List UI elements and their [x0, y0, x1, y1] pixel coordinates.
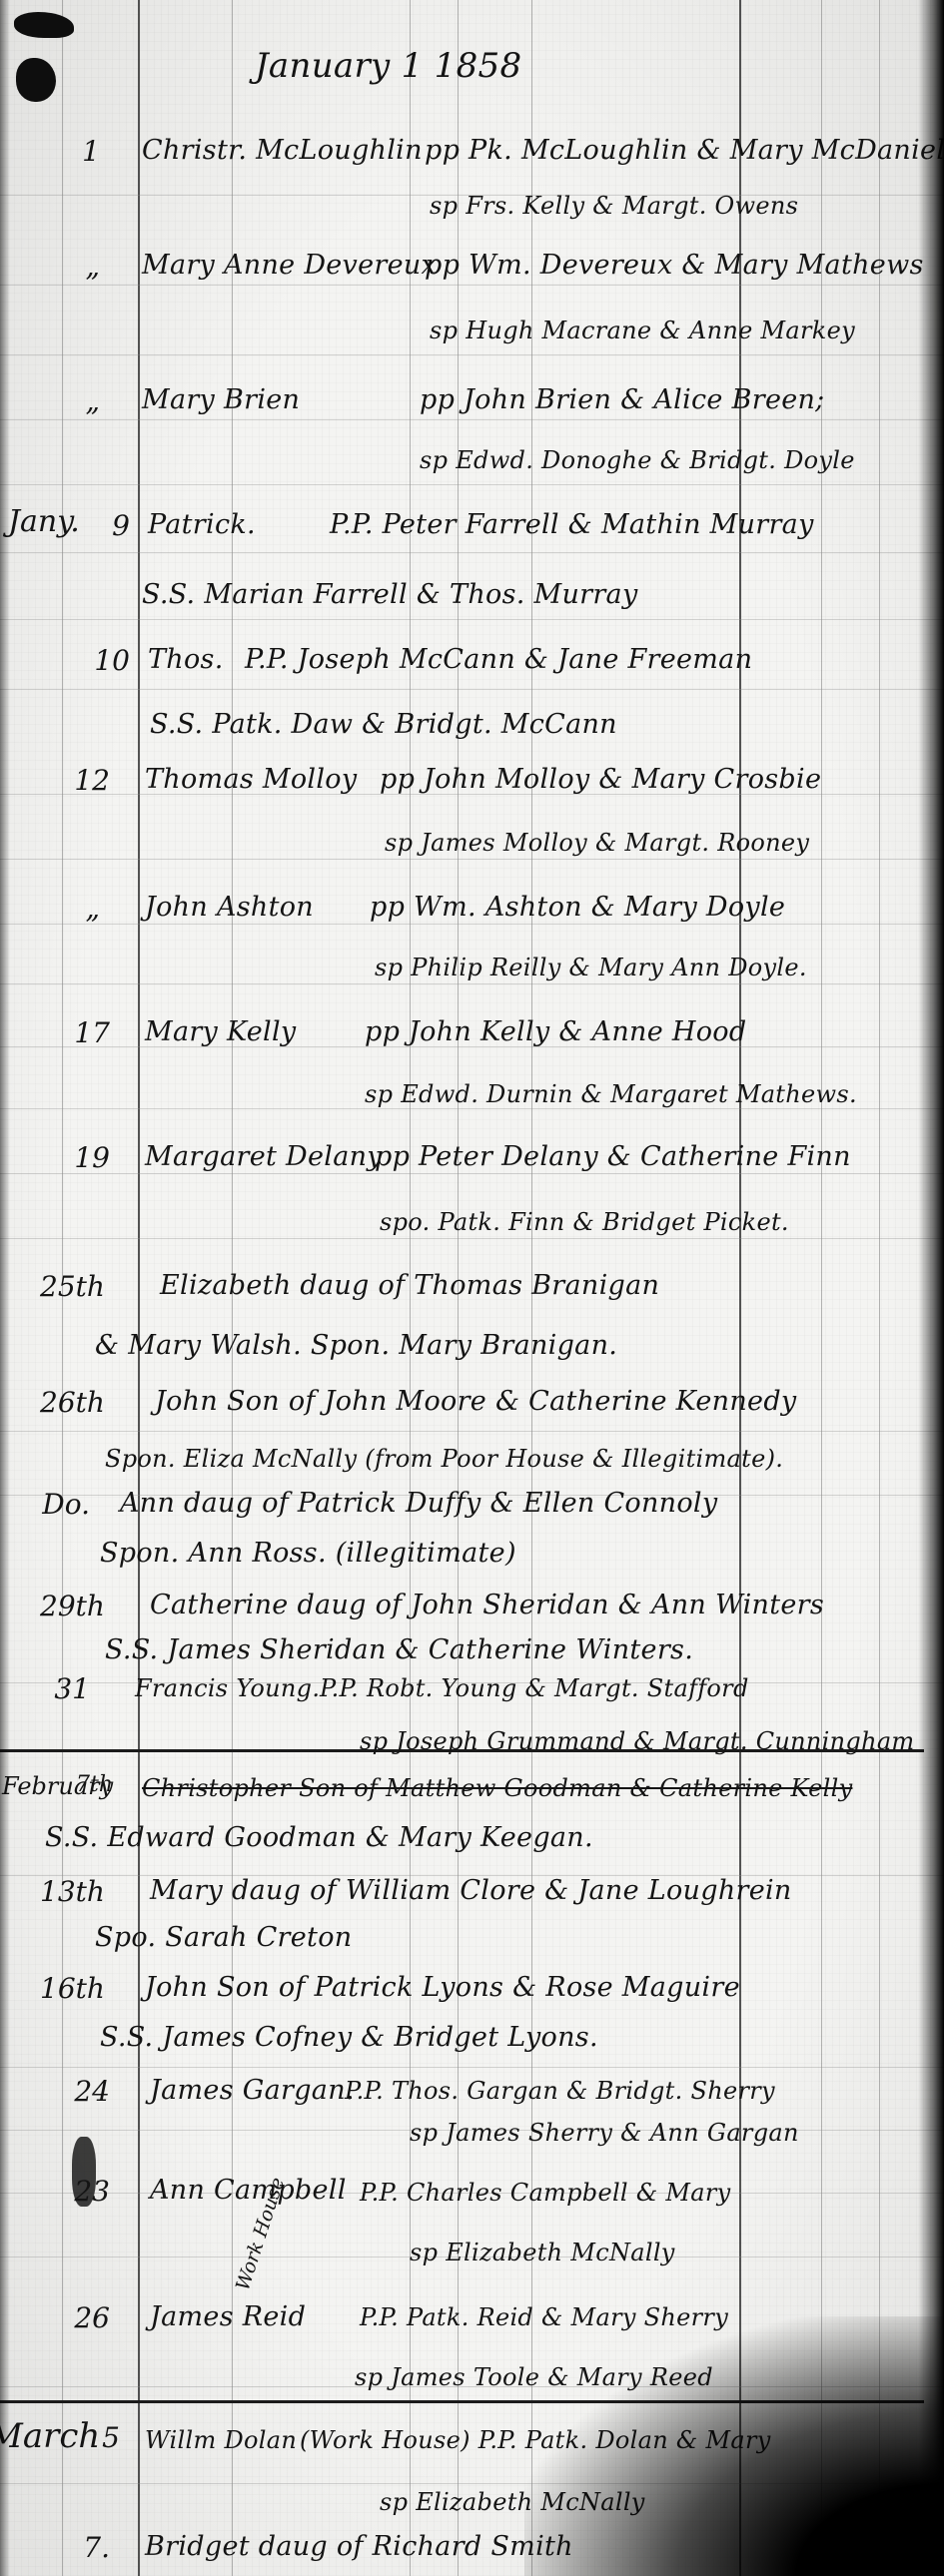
entry-sponsors: sp Philip Reilly & Mary Ann Doyle. — [375, 952, 807, 983]
scan-corner-shadow — [524, 2316, 944, 2576]
entry-parents: pp Pk. McLoughlin & Mary McDaniel — [425, 135, 944, 167]
entry-day: 19 — [50, 1141, 110, 1174]
entry-parents: pp Wm. Ashton & Mary Doyle — [370, 892, 785, 924]
entry-record-text: John Son of Patrick Lyons & Rose Maguire — [145, 1972, 740, 2004]
ruled-row-line — [0, 924, 944, 925]
entry-child-name: Mary Kelly — [145, 1016, 296, 1048]
entry-child-name: John Ashton — [145, 892, 314, 924]
entry-child-name: Christr. McLoughlin — [142, 135, 423, 167]
entry-month: Jany. — [8, 504, 80, 539]
entry-child-name: Margaret Delany — [145, 1141, 383, 1173]
ink-blot-decoration — [16, 58, 56, 102]
entry-sponsors: sp Frs. Kelly & Margt. Owens — [430, 190, 798, 222]
ruled-row-line — [0, 2067, 944, 2068]
ruled-row-line — [0, 419, 944, 420]
entry-record-text: Catherine daug of John Sheridan & Ann Wi… — [150, 1590, 824, 1621]
entry-day: 9 — [70, 509, 130, 542]
entry-day: 26th — [40, 1386, 100, 1419]
entry-child-name: Thomas Molloy — [145, 764, 357, 796]
entry-day: 13th — [40, 1875, 100, 1908]
entry-day: „ — [40, 384, 100, 417]
entry-record-continuation: S.S. James Sheridan & Catherine Winters. — [105, 1634, 693, 1666]
entry-child-name: James Gargan. — [150, 2075, 355, 2107]
ruled-row-line — [0, 552, 944, 553]
entry-record-text: Mary daug of William Clore & Jane Loughr… — [150, 1875, 792, 1907]
scan-edge-shadow — [918, 0, 944, 2576]
entry-child-name: Willm Dolan — [145, 2424, 297, 2456]
register-page: January 1 1858 1 Christr. McLoughlin pp … — [0, 0, 944, 2576]
ruled-row-line — [0, 619, 944, 620]
ruled-row-line — [0, 689, 944, 690]
entry-parents: pp Wm. Devereux & Mary Mathews — [425, 250, 924, 282]
entry-parents: pp John Molloy & Mary Crosbie — [380, 764, 821, 796]
entry-parents: P.P. Peter Farrell & Mathin Murray — [330, 509, 814, 541]
entry-day: 1 — [40, 135, 100, 168]
entry-day: 7. — [50, 2531, 110, 2564]
entry-day: 17 — [50, 1016, 110, 1049]
entry-record-continuation: Spon. Ann Ross. (illegitimate) — [100, 1538, 516, 1570]
entry-child-name: James Reid — [150, 2301, 306, 2333]
ruled-row-line — [0, 285, 944, 286]
entry-child-name: Mary Brien — [142, 384, 300, 416]
entry-day: 26 — [50, 2301, 110, 2334]
entry-child-name: Thos. — [148, 644, 224, 676]
entry-record-text: Ann daug of Patrick Duffy & Ellen Connol… — [120, 1488, 717, 1520]
entry-day: 25th — [40, 1270, 100, 1303]
entry-record-text: John Son of John Moore & Catherine Kenne… — [155, 1386, 796, 1418]
entry-record-continuation: Spo. Sarah Creton — [95, 1922, 352, 1954]
entry-child-name: Ann Campbell — [150, 2175, 347, 2207]
entry-sponsors: sp James Molloy & Margt. Rooney — [385, 827, 809, 859]
entry-sponsors: sp Edwd. Donoghe & Bridgt. Doyle — [420, 444, 855, 476]
ruled-row-line — [0, 484, 944, 485]
entry-record-continuation: S.S. James Cofney & Bridget Lyons. — [100, 2022, 598, 2054]
margin-column-line — [138, 0, 140, 2576]
entry-child-name: Mary Anne Devereux — [142, 250, 437, 282]
entry-sponsors: S.S. Patk. Daw & Bridgt. McCann — [150, 709, 617, 741]
entry-sponsors: sp Elizabeth McNally — [410, 2237, 675, 2268]
ruled-row-line — [0, 1431, 944, 1432]
entry-parents: P.P. Joseph McCann & Jane Freeman — [245, 644, 752, 676]
ruled-row-line — [0, 859, 944, 860]
ruled-row-line — [0, 1173, 944, 1174]
entry-day: 16th — [40, 1972, 100, 2005]
entry-day: 31 — [30, 1672, 90, 1705]
entry-child-name: Francis Young. — [135, 1672, 320, 1704]
entry-parents: pp John Brien & Alice Breen; — [420, 384, 825, 416]
entry-parents: pp John Kelly & Anne Hood — [365, 1016, 746, 1048]
entry-sponsors: S.S. Marian Farrell & Thos. Murray — [142, 579, 638, 611]
ruled-row-line — [0, 983, 944, 984]
entry-day: 23 — [50, 2175, 110, 2208]
entry-record-continuation: S.S. Edward Goodman & Mary Keegan. — [45, 1822, 593, 1854]
entry-day: 5 — [60, 2421, 120, 2454]
ruled-row-line — [0, 1238, 944, 1239]
entry-sponsors: sp James Sherry & Ann Gargan — [410, 2117, 799, 2149]
entry-day: Do. — [30, 1488, 90, 1521]
entry-day: 24 — [50, 2075, 110, 2108]
entry-record-text: Christopher Son of Matthew Goodman & Cat… — [142, 1772, 852, 1804]
entry-parents: pp Peter Delany & Catherine Finn — [375, 1141, 851, 1173]
entry-day: „ — [40, 892, 100, 925]
entry-parents: P.P. Charles Campbell & Mary — [360, 2177, 731, 2209]
entry-sponsors: sp Joseph Grummand & Margt. Cunningham — [360, 1725, 915, 1757]
entry-day: 29th — [40, 1590, 100, 1622]
scan-edge-shadow — [0, 0, 10, 2576]
entry-record-text: Bridget daug of Richard Smith — [145, 2531, 573, 2563]
entry-sponsors: spo. Patk. Finn & Bridget Picket. — [380, 1206, 789, 1238]
ink-blot-decoration — [14, 12, 74, 38]
register-heading: January 1 1858 — [255, 50, 521, 82]
entry-day: „ — [40, 250, 100, 283]
entry-record-continuation: & Mary Walsh. Spon. Mary Branigan. — [95, 1330, 617, 1362]
ruled-column-line — [879, 0, 880, 2576]
entry-sponsors: sp Hugh Macrane & Anne Markey — [430, 315, 855, 346]
entry-sponsors: sp Edwd. Durnin & Margaret Mathews. — [365, 1078, 857, 1110]
entry-record-text: Elizabeth daug of Thomas Branigan — [160, 1270, 659, 1302]
entry-record-continuation: Spon. Eliza McNally (from Poor House & I… — [105, 1443, 783, 1475]
entry-parents: P.P. Thos. Gargan & Bridgt. Sherry — [345, 2075, 775, 2107]
entry-parents: P.P. Robt. Young & Margt. Stafford — [320, 1672, 749, 1704]
entry-day: 7th — [58, 1772, 113, 1797]
ruled-row-line — [0, 354, 944, 355]
entry-day: 12 — [50, 764, 110, 797]
entry-child-name: Patrick. — [148, 509, 256, 541]
entry-day: 10 — [70, 644, 130, 677]
